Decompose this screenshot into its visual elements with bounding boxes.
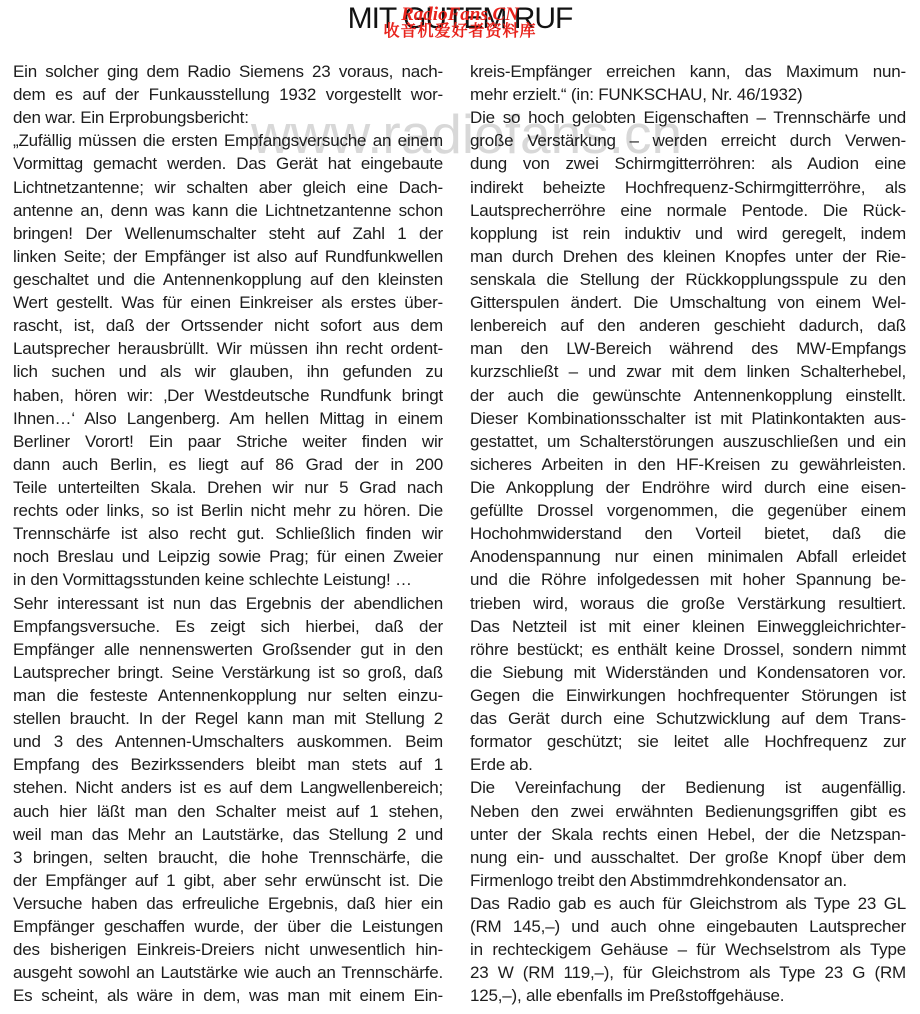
text-line: Empfang des Bezirkssenders bleibt man st… [13,753,443,776]
text-line: linken Seite; der Empfänger ist also auf… [13,245,443,268]
text-line: stellen braucht. In der Regel kann man m… [13,707,443,730]
text-line: bringen! Der Wellenumschalter steht auf … [13,222,443,245]
text-line: Hochohmwiderstand den Vorteil bietet, da… [470,522,906,545]
text-line: Das Netzteil ist mit einer kleinen Einwe… [470,615,906,638]
text-line: Es scheint, als wäre in dem, was man mit… [13,984,443,1007]
text-line: Firmenlogo treibt den Abstimmdrehkondens… [470,869,906,892]
text-line: Wert gestellt. Was für einen Einkreiser … [13,291,443,314]
red-watermark-site: RadioFans.CN [0,5,920,25]
text-line: Empfänger geschaffen wurde, der über die… [13,915,443,938]
text-line: die Siebung mit Widerständen und Kondens… [470,661,906,684]
text-line: dung von zwei Schirmgitterröhren: als Au… [470,152,906,175]
text-line: haben, hören wir: ‚Der Westdeutsche Rund… [13,384,443,407]
text-line: mehr erzielt.“ (in: FUNKSCHAU, Nr. 46/19… [470,83,906,106]
text-line: Empfangsversuche. Es zeigt sich hierbei,… [13,615,443,638]
text-line: kreis-Empfänger erreichen kann, das Maxi… [470,60,906,83]
text-line: unter der Skala rechts einen Hebel, der … [470,823,906,846]
text-line: Gegen die Einwirkungen hochfrequenter St… [470,684,906,707]
text-line: ausgeht sowohl an Lautstärke wie auch an… [13,961,443,984]
text-line: trieben wird, woraus die große Verstärku… [470,592,906,615]
text-line: Erde ab. [470,753,906,776]
text-line: Lautsprecher herausbrüllt. Wir müssen ih… [13,337,443,360]
text-line: Vormittag gemacht werden. Das Gerät hat … [13,152,443,175]
text-line: Das Radio gab es auch für Gleichstrom al… [470,892,906,915]
text-line: nung ein- und ausschaltet. Der große Kno… [470,846,906,869]
text-line: Ein solcher ging dem Radio Siemens 23 vo… [13,60,443,83]
text-line: in rechteckigem Gehäuse – für Wechselstr… [470,938,906,961]
text-line: Anodenspannung nur einen minimalen Abfal… [470,545,906,568]
text-line: geschaltet und die Antennenkopplung auf … [13,268,443,291]
text-line: kurzschließt – und zwar mit dem linken S… [470,360,906,383]
text-line: formator geschützt; sie leitet alle Hoch… [470,730,906,753]
text-line: Lautsprecherröhre eine normale Pentode. … [470,199,906,222]
text-line: Die Ankopplung der Endröhre wird durch e… [470,476,906,499]
text-line: lich suchen und als wir glauben, ihn gef… [13,360,443,383]
text-line: den war. Ein Erprobungsbericht: [13,106,443,129]
text-line: große Verstärkung – werden erreicht durc… [470,129,906,152]
text-line: 23 W (RM 119,–), für Gleichstrom als Typ… [470,961,906,984]
text-line: Teile unterteilten Skala. Drehen wir nur… [13,476,443,499]
article-column-left: Ein solcher ging dem Radio Siemens 23 vo… [13,60,443,1007]
text-line: Empfänger alle nennenswerten Großsender … [13,638,443,661]
text-line: Gitterspulen ändert. Die Umschaltung von… [470,291,906,314]
text-line: gefüllte Drossel vorgenommen, die gegenü… [470,499,906,522]
text-line: (RM 145,–) und auch ohne eingebauten Lau… [470,915,906,938]
text-line: rascht, ist, daß der Ortssender nicht so… [13,314,443,337]
text-line: Trennschärfe ist also recht gut. Schließ… [13,522,443,545]
text-line: dann auch Berlin, es liegt auf 86 Grad d… [13,453,443,476]
text-line: man durch Drehen des kleinen Knopfes unt… [470,245,906,268]
text-line: noch Breslau und Leipzig sowie Prag; für… [13,545,443,568]
red-watermark-chinese: 收音机爱好者资料库 [0,23,920,41]
text-line: dem es auf der Funkausstellung 1932 vorg… [13,83,443,106]
text-line: rechts oder links, so ist Berlin nicht m… [13,499,443,522]
text-line: antenne an, denn was kann die Lichtnetza… [13,199,443,222]
text-line: weil man das Mehr an Lautstärke, das Ste… [13,823,443,846]
text-line: Die so hoch gelobten Eigenschaften – Tre… [470,106,906,129]
text-line: 125,–), alle ebenfalls im Preßstoffgehäu… [470,984,906,1007]
text-line: lenbereich auf den anderen geschieht dad… [470,314,906,337]
text-line: der Empfänger auf 1 gibt, aber sehr erwü… [13,869,443,892]
text-line: kopplung ist rein induktiv und wird gere… [470,222,906,245]
text-line: 3 bringen, selten braucht, die hohe Tren… [13,846,443,869]
text-line: indirekt beheizte Hochfrequenz-Schirmgit… [470,176,906,199]
text-line: senskala die Stellung der Rückkopplungss… [470,268,906,291]
text-line: Neben den zwei erwähnten Bedienungsgriff… [470,800,906,823]
text-line: Lichtnetzantenne; wir schalten aber glei… [13,176,443,199]
article-column-right: kreis-Empfänger erreichen kann, das Maxi… [470,60,906,1007]
text-line: Lautsprecher bringt. Seine Verstärkung i… [13,661,443,684]
text-line: sicheres Arbeiten in den HF-Kreisen zu g… [470,453,906,476]
text-line: röhre bestückt; es enthält keine Drossel… [470,638,906,661]
text-line: und 3 des Antennen-Umschalters auskommen… [13,730,443,753]
page-header: MIT GUTEM RUF RadioFans.CN 收音机爱好者资料库 [0,0,920,56]
text-line: Dieser Kombinationsschalter ist mit Plat… [470,407,906,430]
text-line: der auch die gewünschte Antennenkopplung… [470,384,906,407]
document-page: { "header": { "title": "MIT GUTEM RUF", … [0,0,920,1014]
text-line: des bisherigen Einkreis-Dreiers nicht un… [13,938,443,961]
text-line: man die festeste Antennenkopplung nur se… [13,684,443,707]
text-line: man den LW-Bereich während des MW-Empfan… [470,337,906,360]
text-line: das Gerät durch eine Schutzwicklung auf … [470,707,906,730]
text-line: Versuche haben das erfreuliche Ergebnis,… [13,892,443,915]
text-line: gestattet, um Schalterstörungen auszusch… [470,430,906,453]
text-line: Sehr interessant ist nun das Ergebnis de… [13,592,443,615]
text-line: Berliner Vorort! Ein paar Striche weiter… [13,430,443,453]
text-line: und die Röhre infolgedessen mit hoher Sp… [470,568,906,591]
text-line: auch hier läßt man den Schalter meist au… [13,800,443,823]
text-line: Die Vereinfachung der Bedienung ist auge… [470,776,906,799]
text-line: stehen. Nicht anders ist es auf dem Lang… [13,776,443,799]
article-body: Ein solcher ging dem Radio Siemens 23 vo… [13,60,906,1007]
text-line: in den Vormittagsstunden keine schlechte… [13,568,443,591]
text-line: Ihnen…‘ Also Langenberg. Am hellen Mitta… [13,407,443,430]
text-line: „Zufällig müssen die ersten Empfangsvers… [13,129,443,152]
